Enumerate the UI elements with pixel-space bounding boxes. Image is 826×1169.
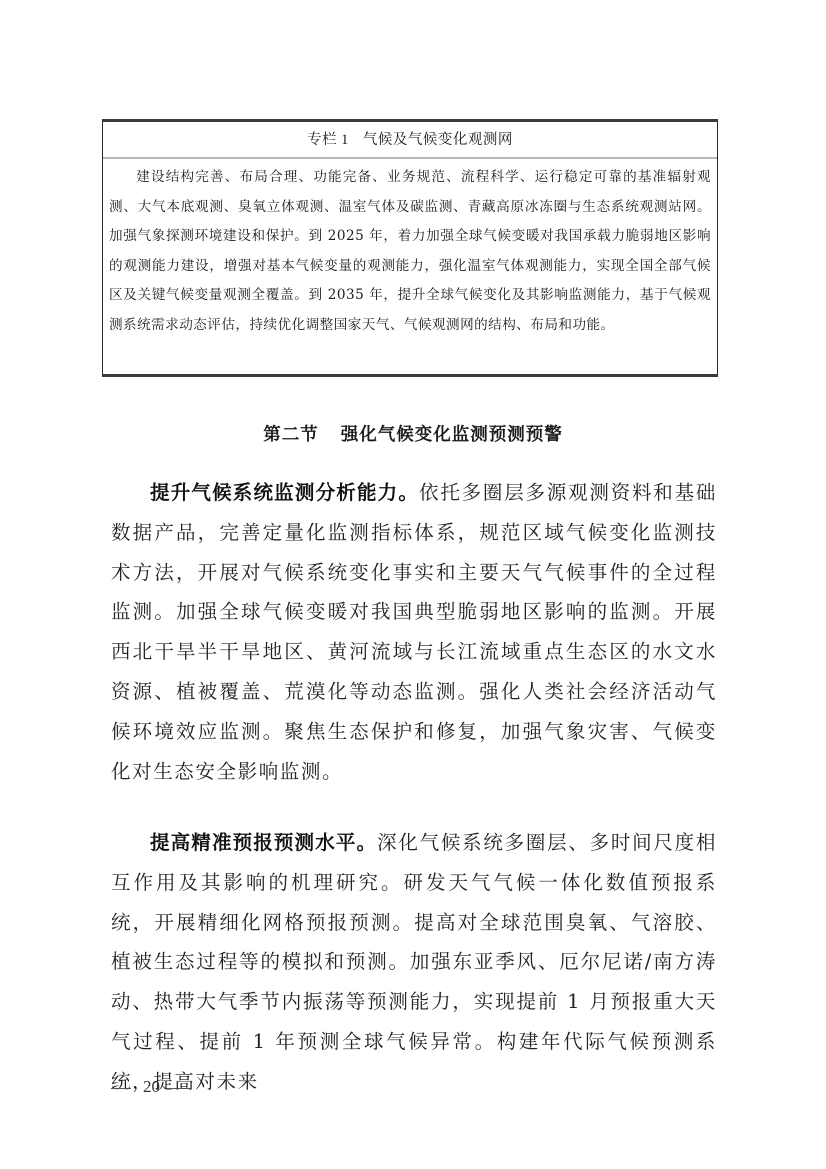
section-heading: 第二节强化气候变化监测预测预警 (0, 421, 826, 446)
feature-box-label: 专栏 (307, 132, 337, 148)
section-number: 第二节 (263, 425, 319, 445)
paragraph-text: 深化气候系统多圈层、多时间尺度相互作用及其影响的机理研究。研发天气气候一体化数值… (111, 831, 717, 1093)
paragraph-lead: 提高精准预报预测水平。 (150, 831, 377, 854)
dash-right (172, 1088, 192, 1089)
page-number-value: 20 (143, 1077, 160, 1096)
feature-box-heading: 气候及气候变化观测网 (363, 132, 513, 148)
feature-box-number: 1 (341, 132, 349, 148)
feature-box: 专栏1气候及气候变化观测网 建设结构完善、布局合理、功能完备、业务规范、流程科学… (102, 119, 718, 377)
feature-box-title: 专栏1气候及气候变化观测网 (103, 122, 717, 159)
feature-box-body: 建设结构完善、布局合理、功能完备、业务规范、流程科学、运行稳定可靠的基准辐射观测… (103, 159, 717, 340)
paragraph-text: 依托多圈层多源观测资料和基础数据产品，完善定量化监测指标体系，规范区域气候变化监… (111, 481, 717, 783)
page-number: 20 (111, 1077, 192, 1097)
section-title: 强化气候变化监测预测预警 (341, 425, 563, 445)
paragraph-monitoring: 提升气候系统监测分析能力。依托多圈层多源观测资料和基础数据产品，完善定量化监测指… (111, 473, 717, 791)
paragraph-forecasting: 提高精准预报预测水平。深化气候系统多圈层、多时间尺度相互作用及其影响的机理研究。… (111, 823, 717, 1102)
dash-left (111, 1088, 131, 1089)
paragraph-lead: 提升气候系统监测分析能力。 (150, 481, 419, 504)
